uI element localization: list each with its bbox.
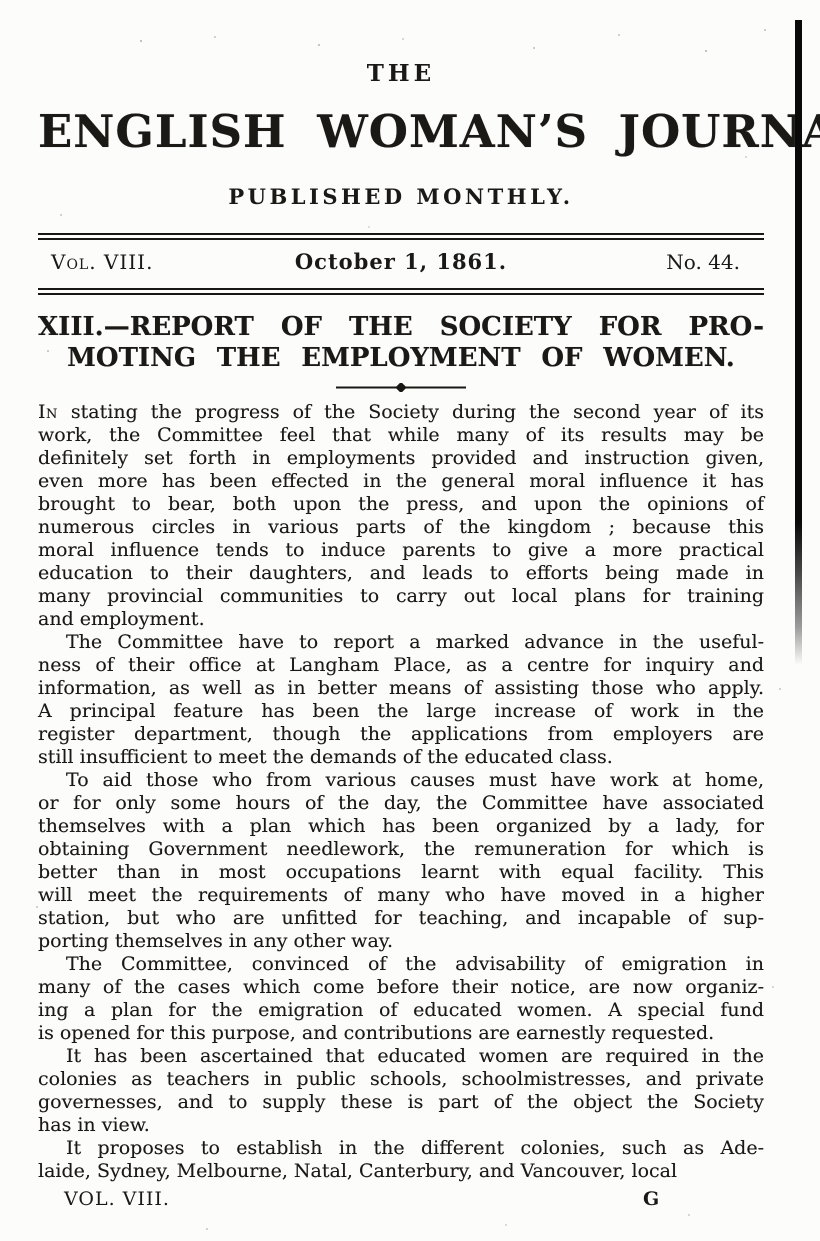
paragraph: It proposes to establish in the differen… [38,1137,764,1183]
text-line: colonies as teachers in public schools, … [38,1068,764,1091]
text-line: education to their daughters, and leads … [38,562,764,585]
text-line: porting themselves in any other way. [38,930,764,953]
text-line: better than in most occupations learnt w… [38,861,764,884]
text-line: is opened for this purpose, and contribu… [38,1022,764,1045]
paragraph: To aid those who from various causes mus… [38,769,764,953]
text-line: definitely set forth in employments prov… [38,447,764,470]
text-line: To aid those who from various causes mus… [38,769,764,792]
article-heading: XIII.—REPORT OF THE SOCIETY FOR PRO- MOT… [38,312,764,374]
text-line: ness of their office at Langham Place, a… [38,654,764,677]
text-line: will meet the requirements of many who h… [38,884,764,907]
paragraph: The Committee, convinced of the advisabi… [38,953,764,1045]
journal-subtitle: PUBLISHED MONTHLY. [38,184,764,209]
text-line: or for only some hours of the day, the C… [38,792,764,815]
text-line: brought to bear, both upon the press, an… [38,493,764,516]
text-line: numerous circles in various parts of the… [38,516,764,539]
text-line: still insufficient to meet the demands o… [38,746,764,769]
masthead: THE ENGLISH WOMAN’S JOURNAL. PUBLISHED M… [38,62,764,209]
paragraph: In stating the progress of the Society d… [38,401,764,631]
text-line: moral influence tends to induce parents … [38,539,764,562]
paragraph: The Committee have to report a marked ad… [38,631,764,769]
divider-diamond [395,383,406,392]
text-line: even more has been effected in the gener… [38,470,764,493]
issue-number: No. 44. [666,249,764,275]
issue-date: October 1, 1861. [295,249,507,275]
text-line: obtaining Government needlework, the rem… [38,838,764,861]
text-line: station, but who are unfitted for teachi… [38,907,764,930]
text-line: governesses, and to supply these is part… [38,1091,764,1114]
double-rule-bottom [38,288,764,295]
text-line: The Committee have to report a marked ad… [38,631,764,654]
text-line: work, the Committee feel that while many… [38,424,764,447]
volume-label: Vol. VIII. [38,249,153,275]
footer-volume: VOL. VIII. [64,1188,170,1210]
text-line: It proposes to establish in the differen… [38,1137,764,1160]
text-line: many of the cases which come before thei… [38,976,764,999]
paragraph: It has been ascertained that educated wo… [38,1045,764,1137]
text-line: register department, though the applicat… [38,723,764,746]
text-line: laide, Sydney, Melbourne, Natal, Canterb… [38,1160,764,1183]
article: XIII.—REPORT OF THE SOCIETY FOR PRO- MOT… [38,312,764,1183]
text-line: information, as well as in better means … [38,677,764,700]
journal-page: THE ENGLISH WOMAN’S JOURNAL. PUBLISHED M… [0,0,820,1241]
journal-pretitle: THE [38,62,764,85]
article-heading-line-2: MOTING THE EMPLOYMENT OF WOMEN. [38,343,764,374]
text-line: many provincial communities to carry out… [38,585,764,608]
section-divider-ornament [336,383,466,392]
article-body: In stating the progress of the Society d… [38,401,764,1183]
text-line: has in view. [38,1114,764,1137]
double-rule-top [38,233,764,240]
text-line: A principal feature has been the large i… [38,700,764,723]
page-footer: VOL. VIII. G [38,1188,764,1211]
text-line: The Committee, convinced of the advisabi… [38,953,764,976]
signature-mark: G [643,1188,659,1210]
lead-word-smallcaps: In [38,401,58,423]
journal-title: ENGLISH WOMAN’S JOURNAL. [38,106,764,158]
text-line: In stating the progress of the Society d… [38,401,764,424]
article-heading-line-1: XIII.—REPORT OF THE SOCIETY FOR PRO- [38,312,764,343]
scan-noise [0,0,2,2]
text-line: ing a plan for the emigration of educate… [38,999,764,1022]
scan-edge-artifact [795,20,802,665]
text-line: and employment. [38,608,764,631]
text-line: It has been ascertained that educated wo… [38,1045,764,1068]
issue-info-bar: Vol. VIII. October 1, 1861. No. 44. [38,249,764,275]
text-line: themselves with a plan which has been or… [38,815,764,838]
